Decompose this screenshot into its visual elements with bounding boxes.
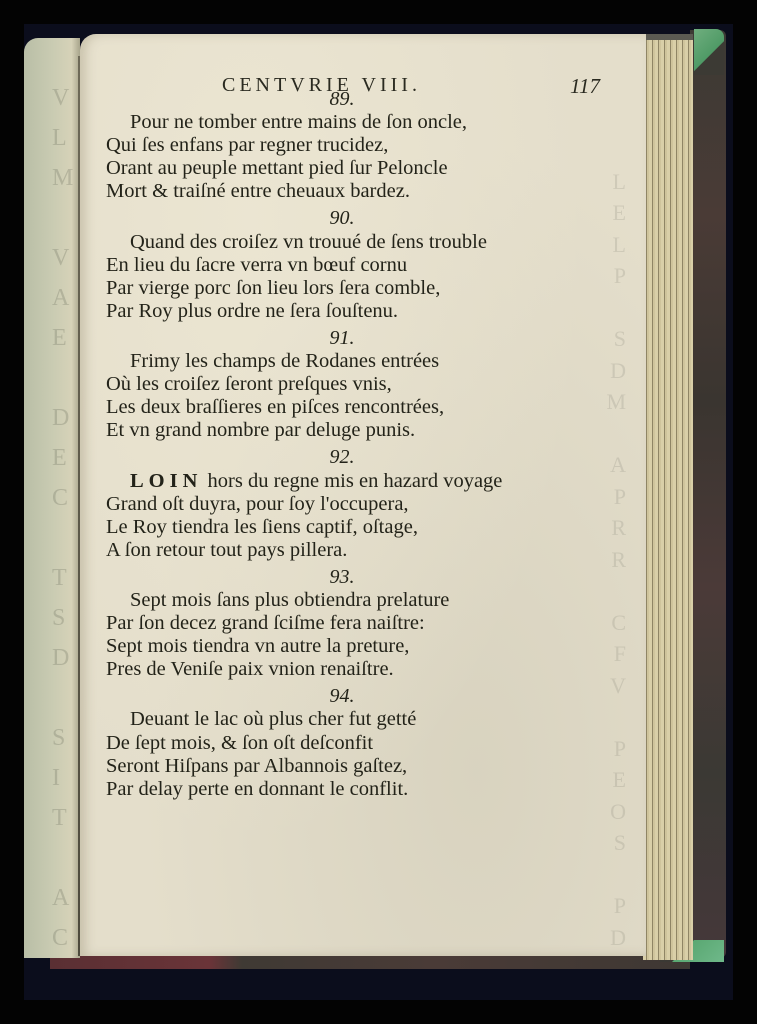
verse-line: Par vierge porc ſon lieu lors ſera combl…	[106, 277, 626, 300]
verse-line: En lieu du ſacre verra vn bœuf cornu	[106, 254, 626, 277]
verse-line: Sept mois ſans plus obtiendra prelature	[106, 589, 626, 612]
verse-line-rest: hors du regne mis en hazard voyage	[202, 470, 502, 492]
quatrain-90: 90. Quand des croiſez vn trouué de ſens …	[106, 207, 626, 322]
verse-line: Par ſon decez grand ſciſme fera naiſtre:	[106, 612, 626, 635]
quatrain-94: 94. Deuant le lac où plus cher fut getté…	[106, 685, 626, 800]
verse-line: Où les croiſez ſeront preſques vnis,	[106, 373, 626, 396]
quatrain-number: 94.	[58, 685, 626, 708]
verse-line: Sept mois tiendra vn autre la preture,	[106, 635, 626, 658]
quatrain-number: 92.	[58, 446, 626, 469]
verse-line: De ſept mois, & ſon oſt deſconfit	[106, 732, 626, 755]
verse-line: Seront Hiſpans par Albannois gaſtez,	[106, 755, 626, 778]
verse-line: Le Roy tiendra les ſiens captif, oſtage,	[106, 516, 626, 539]
quatrain-91: 91. Frimy les champs de Rodanes entrées …	[106, 327, 626, 442]
quatrain-93: 93. Sept mois ſans plus obtiendra prelat…	[106, 566, 626, 681]
verse-line: Deuant le lac où plus cher fut getté	[106, 708, 626, 731]
verse-line: Qui ſes enfans par regner trucidez,	[106, 134, 626, 157]
quatrain-89: 89. Pour ne tomber entre mains de ſon on…	[106, 88, 626, 203]
cover-corner-top	[694, 29, 724, 75]
verse-line: Pour ne tomber entre mains de ſon oncle,	[106, 111, 626, 134]
left-page-text-fragments: V L M V A E D E C T S D S I T A C S	[52, 38, 80, 958]
verse-line: Grand oſt duyra, pour ſoy l'occupera,	[106, 493, 626, 516]
book-page: L E L P S D M A P R R C F V P E O S P D …	[80, 34, 646, 956]
quatrain-number: 91.	[58, 327, 626, 350]
verse-line: Et vn grand nombre par deluge punis.	[106, 419, 626, 442]
book-cover-right	[690, 30, 726, 958]
verse-line: Par Roy plus ordre ne ſera ſouſtenu.	[106, 300, 626, 323]
verse-line: Quand des croiſez vn trouué de ſens trou…	[106, 231, 626, 254]
left-page-curl: V L M V A E D E C T S D S I T A C S	[24, 38, 80, 958]
book-cover-bottom	[50, 955, 690, 969]
verse-line: Frimy les champs de Rodanes entrées	[106, 350, 626, 373]
quatrain-92: 92. LOIN hors du regne mis en hazard voy…	[106, 446, 626, 561]
verse-line: A ſon retour tout pays pillera.	[106, 539, 626, 562]
page-edges	[643, 34, 693, 960]
verse-line: LOIN hors du regne mis en hazard voyage	[106, 470, 626, 493]
verse-line: Par delay perte en donnant le conflit.	[106, 778, 626, 801]
verse-line: Pres de Veniſe paix vnion renaiſtre.	[106, 658, 626, 681]
verse-line: Orant au peuple mettant pied ſur Peloncl…	[106, 157, 626, 180]
quatrain-number: 93.	[58, 566, 626, 589]
verse-line: Les deux braſſieres en piſces rencontrée…	[106, 396, 626, 419]
lead-capitals: LOIN	[130, 470, 202, 492]
page-body: 89. Pour ne tomber entre mains de ſon on…	[106, 88, 626, 801]
quatrain-number: 90.	[58, 207, 626, 230]
verse-line: Mort & traiſné entre cheuaux bardez.	[106, 180, 626, 203]
quatrain-number: 89.	[58, 88, 626, 111]
